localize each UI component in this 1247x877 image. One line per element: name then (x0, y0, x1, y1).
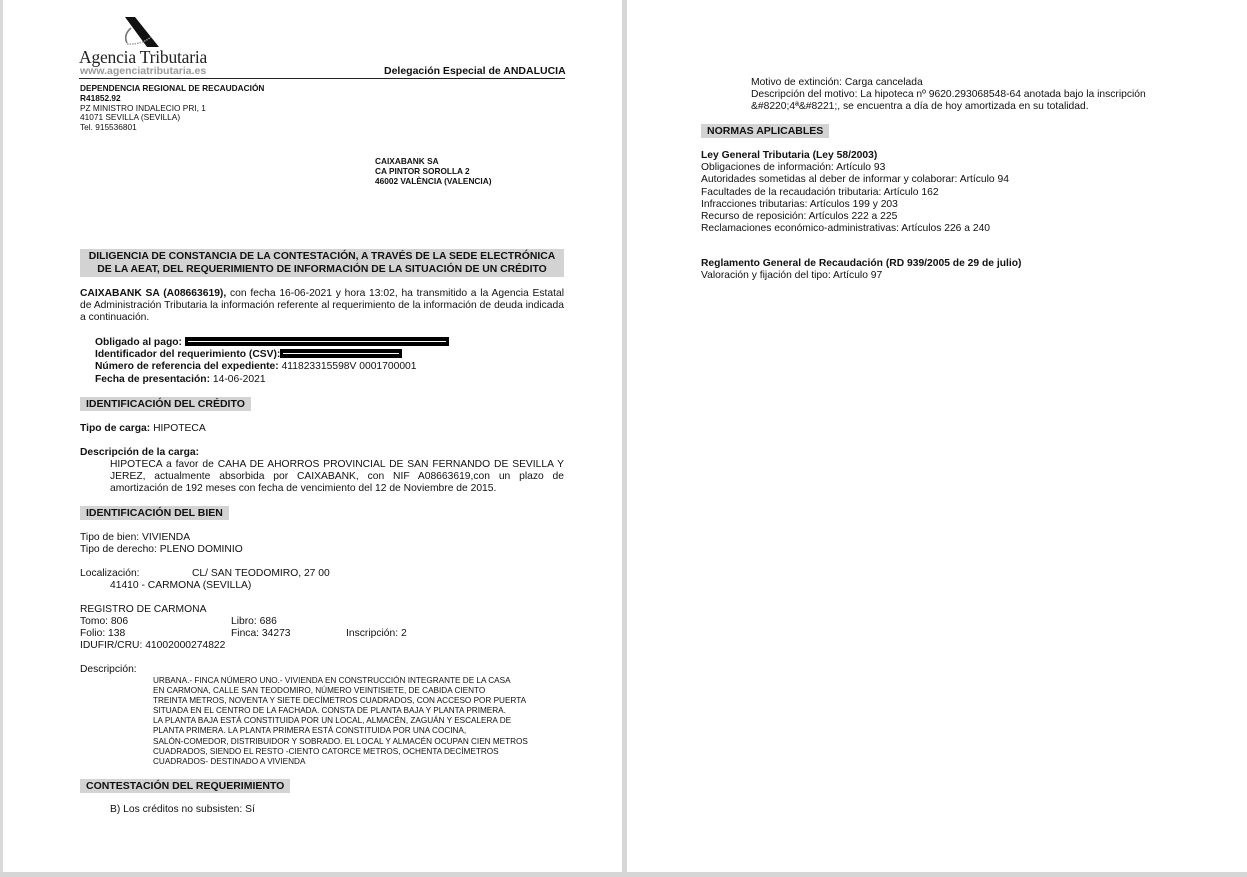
document-title-line-2: DE LA AEAT, DEL REQUERIMIENTO DE INFORMA… (80, 263, 564, 276)
obligado-label: Obligado al pago: (95, 337, 182, 348)
obligado-redacted (185, 337, 449, 346)
fecha-row: Fecha de presentación: 14-06-2021 (95, 374, 449, 386)
descripcion-block: URBANA.- FINCA NÚMERO UNO.- VIVIENDA EN … (153, 676, 528, 767)
desc-carga-value: HIPOTECA a favor de CAHA DE AHORROS PROV… (110, 459, 564, 496)
localizacion-line-2: 41410 - CARMONA (SEVILLA) (110, 580, 251, 592)
delegacion-title: Delegación Especial de ANDALUCIA (384, 65, 566, 77)
requirement-details: Obligado al pago: Identificador del requ… (95, 337, 449, 386)
descripcion-line: SALÓN-COMEDOR, DISTRIBUIDOR Y SOBRADO. E… (153, 737, 528, 747)
fecha-value: 14-06-2021 (210, 374, 266, 385)
finca: Finca: 34273 (231, 628, 291, 640)
csv-redacted (280, 349, 402, 358)
csv-row: Identificador del requerimiento (CSV): (95, 349, 449, 361)
descripcion-line: PLANTA PRIMERA. LA PLANTA PRIMERA ESTÁ C… (153, 726, 528, 736)
lgt-item: Autoridades sometidas al deber de inform… (701, 174, 1009, 186)
document-title-line-1: DILIGENCIA DE CONSTANCIA DE LA CONTESTAC… (80, 250, 564, 263)
contestacion-answer: B) Los créditos no subsisten: Sí (110, 804, 255, 816)
document-title: DILIGENCIA DE CONSTANCIA DE LA CONTESTAC… (80, 249, 564, 277)
sender-phone: Tel. 915536801 (80, 123, 264, 133)
folio: Folio: 138 (80, 628, 125, 640)
descripcion-line: CUADRADOS, SIENDO EL RESTO -CIENTO CATOR… (153, 747, 528, 757)
motivo-extincion: Motivo de extinción: Carga cancelada (751, 77, 1146, 89)
document-page-2: Motivo de extinción: Carga cancelada Des… (627, 0, 1247, 872)
tipo-bien-row: Tipo de bien: VIVIENDA Tipo de derecho: … (80, 532, 243, 556)
rgr-item: Valoración y fijación del tipo: Artículo… (701, 270, 1021, 282)
tipo-carga-row: Tipo de carga: HIPOTECA (80, 423, 206, 435)
localizacion-line-1: CL/ SAN TEODOMIRO, 27 00 (192, 568, 330, 580)
ref-row: Número de referencia del expediente: 411… (95, 361, 449, 373)
recipient-city: 46002 VALÈNCIA (VALENCIA) (375, 177, 491, 187)
extincion-block: Motivo de extinción: Carga cancelada Des… (751, 77, 1146, 114)
document-page-1: Agencia Tributaria www.agenciatributaria… (0, 0, 622, 872)
tipo-bien: Tipo de bien: VIVIENDA (80, 532, 243, 544)
inscripcion: Inscripción: 2 (346, 628, 407, 640)
registro: REGISTRO DE CARMONA (80, 604, 206, 616)
lgt-item: Recurso de reposición: Artículos 222 a 2… (701, 211, 1009, 223)
header-divider (79, 78, 565, 79)
recipient-address: CAIXABANK SA CA PINTOR SOROLLA 2 46002 V… (375, 157, 491, 186)
descripcion-label: Descripción: (80, 664, 137, 676)
desc-carga-label: Descripción de la carga: (80, 447, 199, 459)
idufir: IDUFIR/CRU: 41002000274822 (80, 640, 225, 652)
tipo-carga-label: Tipo de carga: (80, 423, 150, 434)
descripcion-motivo-line-1: Descripción del motivo: La hipoteca nº 9… (751, 89, 1146, 101)
lgt-title: Ley General Tributaria (Ley 58/2003) (701, 150, 1009, 162)
section-heading-normas: NORMAS APLICABLES (701, 124, 829, 138)
rgr-block: Reglamento General de Recaudación (RD 93… (701, 258, 1021, 282)
descripcion-motivo-line-2: &#8220;4ª&#8221;, se encuentra a día de … (751, 101, 1146, 113)
descripcion-line: URBANA.- FINCA NÚMERO UNO.- VIVIENDA EN … (153, 676, 528, 686)
intro-entity: CAIXABANK SA (A08663619), (80, 288, 226, 299)
lgt-item: Infracciones tributarias: Artículos 199 … (701, 199, 1009, 211)
ref-value: 411823315598V 0001700001 (279, 361, 417, 372)
localizacion-label: Localización: (80, 568, 140, 580)
agencia-tributaria-logo-icon (121, 17, 161, 49)
ref-label: Número de referencia del expediente: (95, 361, 279, 372)
logo-url: www.agenciatributaria.es (80, 65, 206, 77)
lgt-block: Ley General Tributaria (Ley 58/2003) Obl… (701, 150, 1009, 235)
csv-label: Identificador del requerimiento (CSV): (95, 349, 280, 360)
lgt-item: Obligaciones de información: Artículo 93 (701, 162, 1009, 174)
rgr-title: Reglamento General de Recaudación (RD 93… (701, 258, 1021, 270)
section-heading-credito: IDENTIFICACIÓN DEL CRÉDITO (80, 397, 251, 411)
tipo-derecho: Tipo de derecho: PLENO DOMINIO (80, 544, 243, 556)
libro: Libro: 686 (231, 616, 277, 628)
sender-address: DEPENDENCIA REGIONAL DE RECAUDACIÓN R418… (80, 84, 264, 133)
obligado-row: Obligado al pago: (95, 337, 449, 349)
section-heading-bien: IDENTIFICACIÓN DEL BIEN (80, 506, 229, 520)
descripcion-line: EN CARMONA, CALLE SAN TEODOMIRO, NÚMERO … (153, 686, 528, 696)
descripcion-line: TREINTA METROS, NOVENTA Y SIETE DECÍMETR… (153, 696, 528, 706)
section-heading-contestacion: CONTESTACIÓN DEL REQUERIMIENTO (80, 779, 290, 793)
intro-paragraph: CAIXABANK SA (A08663619), con fecha 16-0… (80, 288, 564, 325)
descripcion-line: LA PLANTA BAJA ESTÁ CONSTITUIDA POR UN L… (153, 716, 528, 726)
descripcion-line: CUADRADOS- DESTINADO A VIVIENDA (153, 757, 528, 767)
tomo: Tomo: 806 (80, 616, 128, 628)
tipo-carga-value: HIPOTECA (150, 423, 206, 434)
fecha-label: Fecha de presentación: (95, 374, 210, 385)
lgt-item: Facultades de la recaudación tributaria:… (701, 187, 1009, 199)
descripcion-line: SITUADA EN EL CENTRO DE LA FACHADA. CONS… (153, 706, 528, 716)
lgt-item: Reclamaciones económico-administrativas:… (701, 223, 1009, 235)
